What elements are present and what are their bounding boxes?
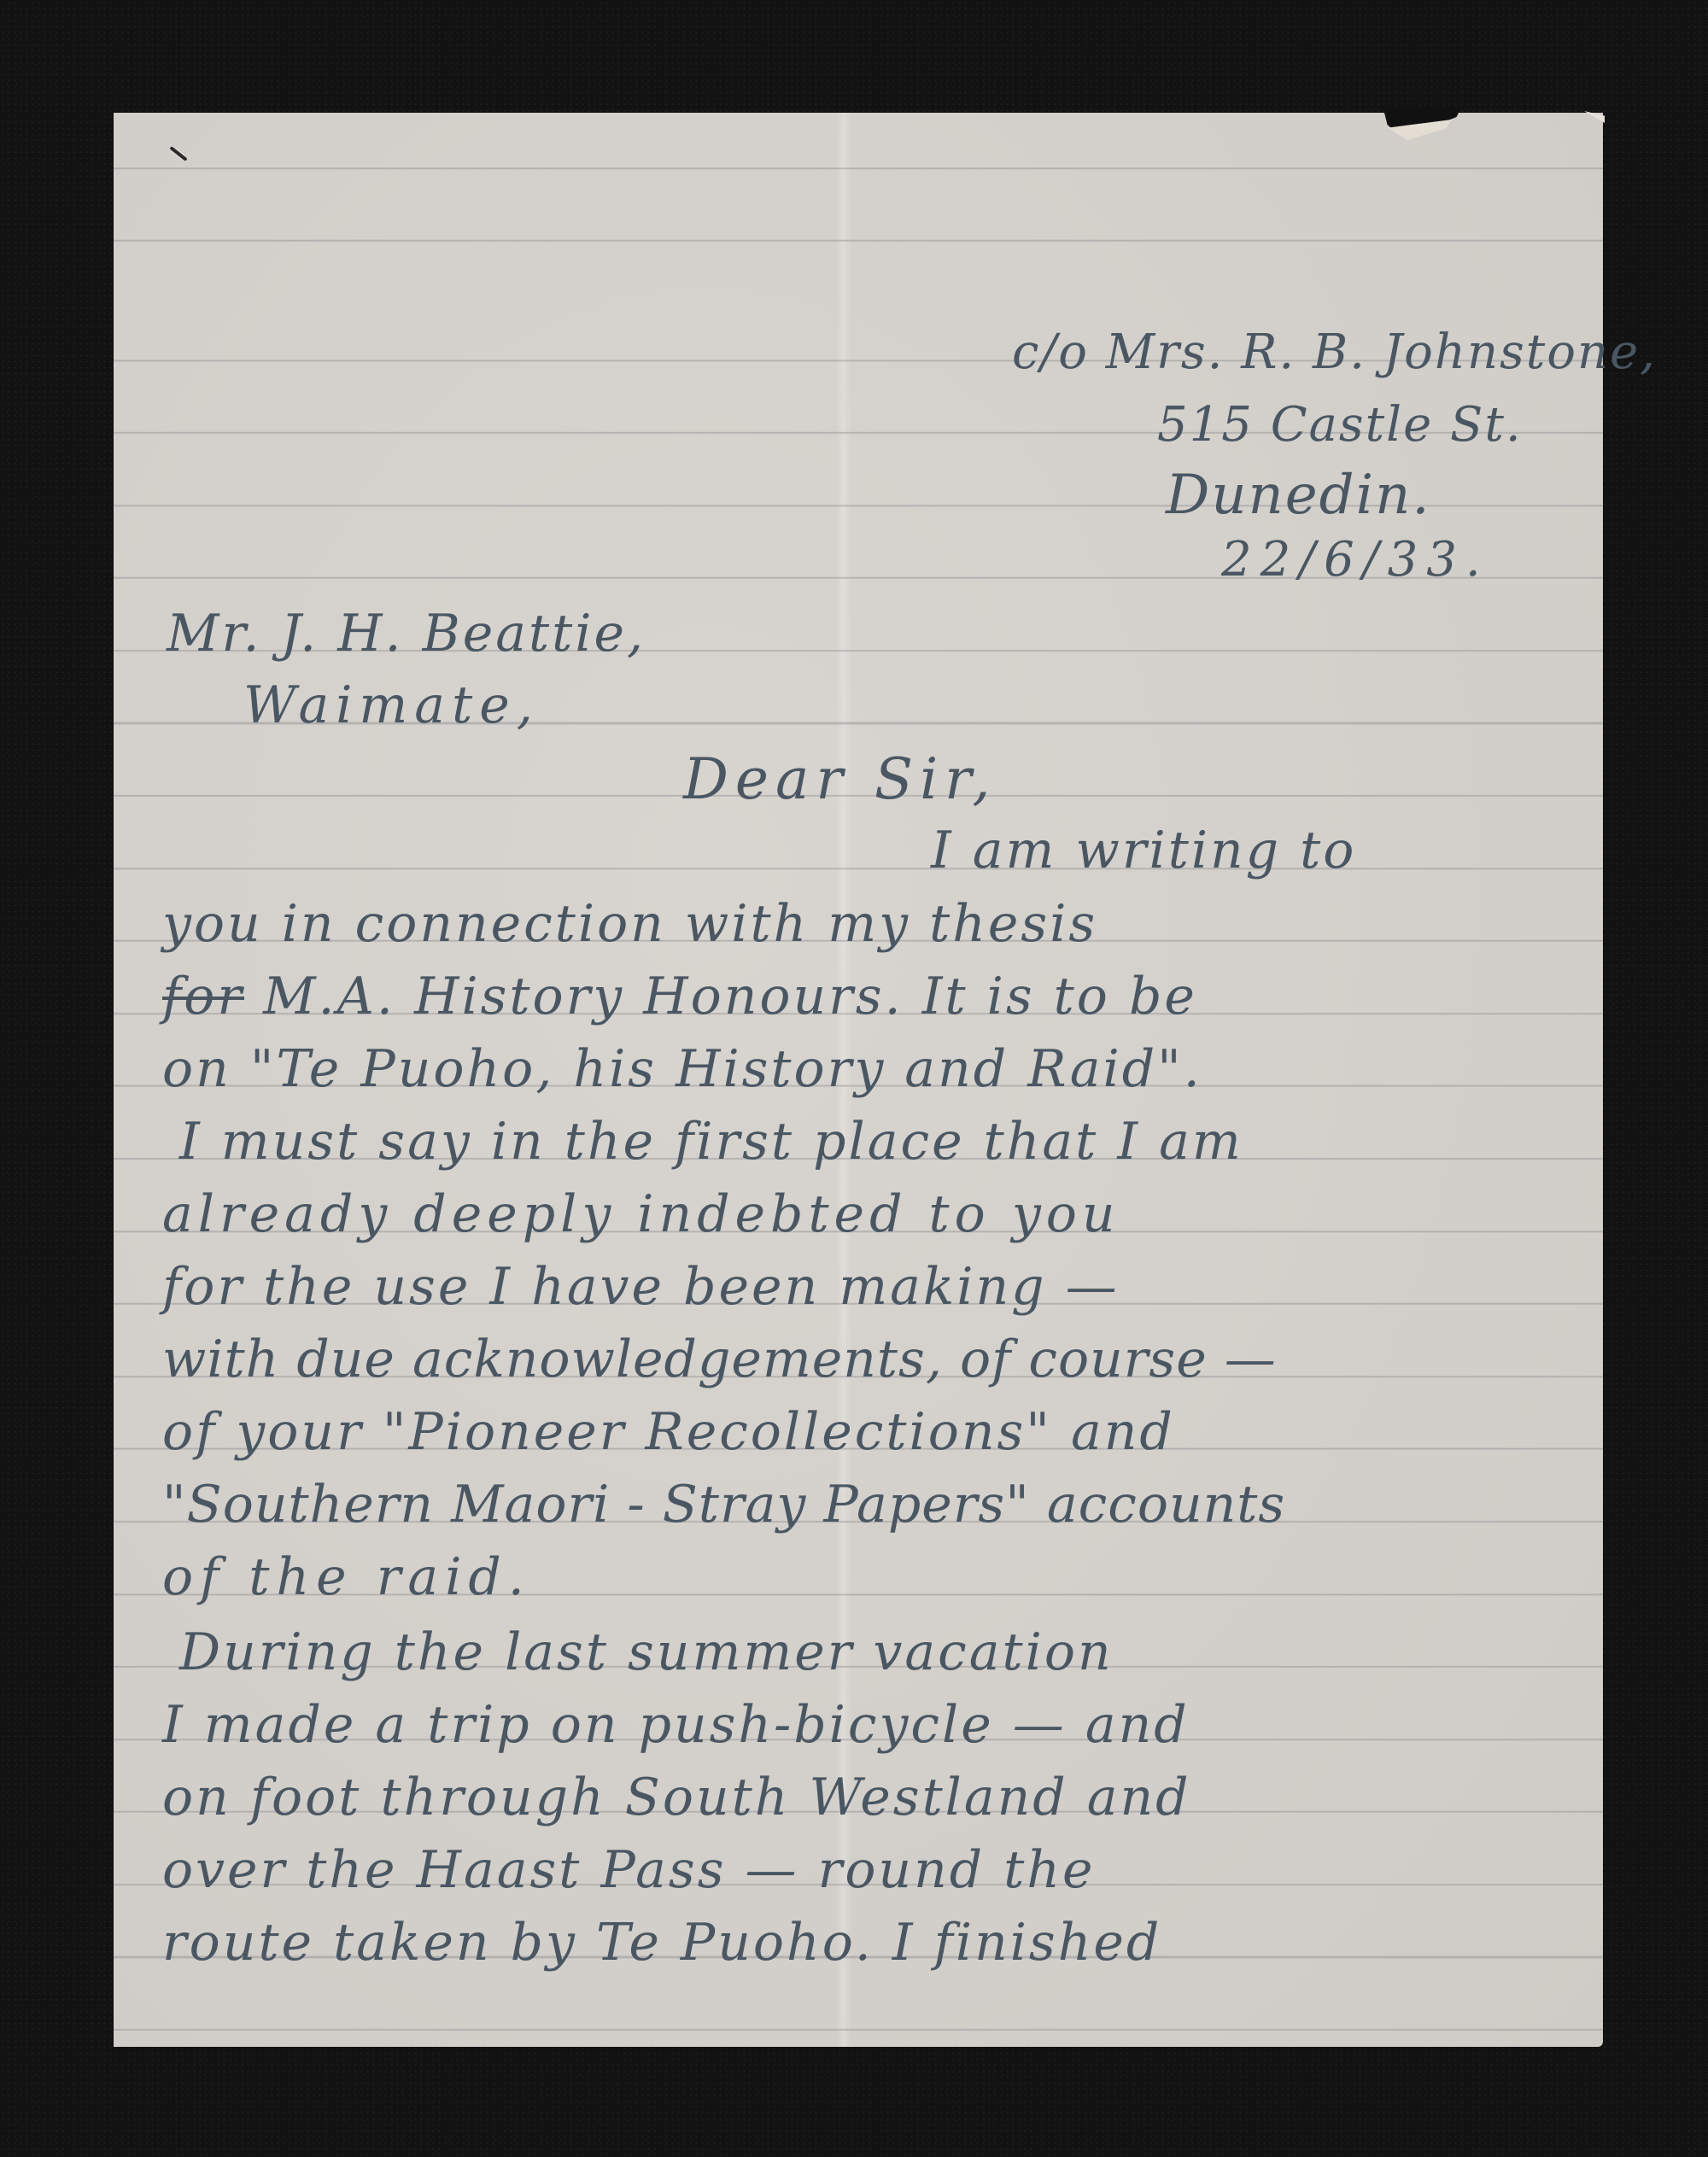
recipient-place: Waimate, bbox=[243, 680, 540, 731]
body-line: with due acknowledgements, of course — bbox=[162, 1334, 1277, 1385]
return-address-line-2: 515 Castle St. bbox=[1157, 401, 1523, 449]
body-line: During the last summer vacation bbox=[179, 1627, 1114, 1678]
body-line: over the Haast Pass — round the bbox=[162, 1844, 1095, 1896]
body-line-with-strikethrough: for M.A. History Honours. It is to be bbox=[162, 971, 1197, 1022]
body-line: of your "Pioneer Recollections" and bbox=[162, 1406, 1175, 1458]
struck-word: for bbox=[162, 967, 244, 1026]
body-line: on "Te Puoho, his History and Raid". bbox=[162, 1043, 1202, 1095]
letter-date: 22/6/33. bbox=[1221, 536, 1489, 584]
body-line: already deeply indebted to you bbox=[162, 1189, 1120, 1240]
body-line: I am writing to bbox=[931, 825, 1356, 876]
body-line: "Southern Maori - Stray Papers" accounts bbox=[162, 1479, 1285, 1530]
body-line: I made a trip on push-bicycle — and bbox=[162, 1699, 1190, 1751]
body-line-remainder: M.A. History Honours. It is to be bbox=[263, 967, 1197, 1026]
return-address-city: Dunedin. bbox=[1166, 468, 1431, 523]
body-line: I must say in the first place that I am bbox=[179, 1116, 1243, 1167]
salutation: Dear Sir, bbox=[683, 751, 997, 808]
return-address-line-1: c/o Mrs. R. B. Johnstone, bbox=[1012, 329, 1657, 377]
recipient-name: Mr. J. H. Beattie, bbox=[167, 608, 646, 659]
body-line: you in connection with my thesis bbox=[162, 898, 1097, 950]
body-line: of the raid. bbox=[162, 1552, 531, 1603]
body-line: route taken by Te Puoho. I finished bbox=[162, 1917, 1161, 1968]
body-line: for the use I have been making — bbox=[162, 1261, 1120, 1312]
body-line: on foot through South Westland and bbox=[162, 1772, 1191, 1823]
